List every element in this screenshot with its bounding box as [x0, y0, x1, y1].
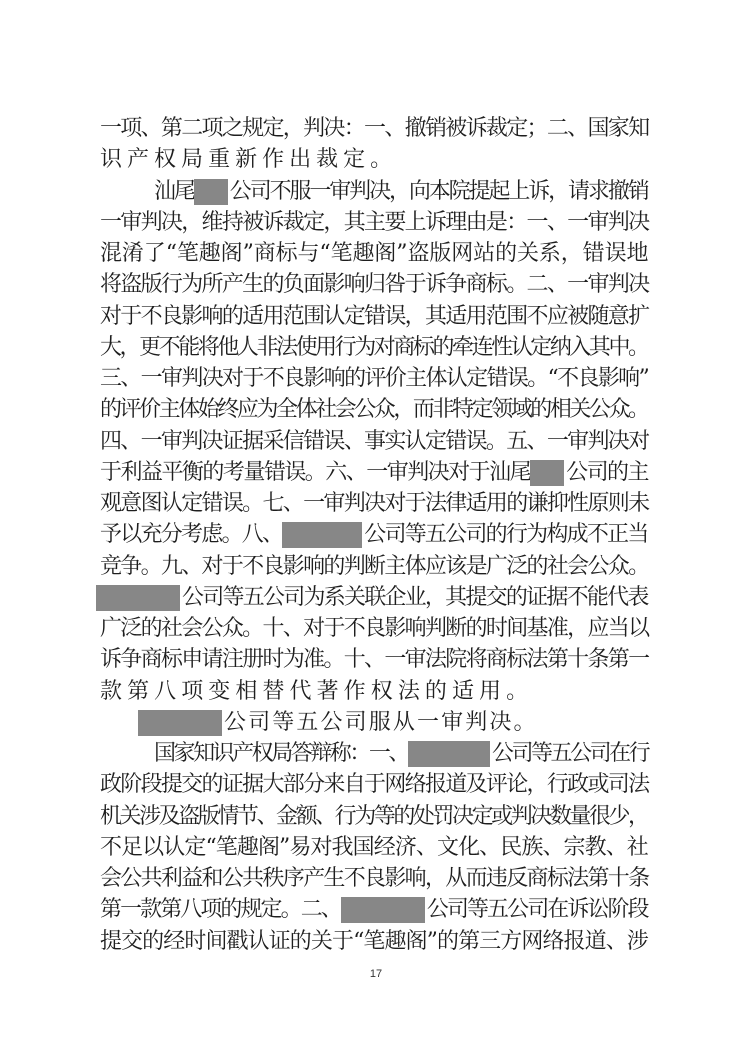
paragraph-line: 机关涉及盗版情节、金额、行为等的处罚决定或判决数量很少， [100, 803, 650, 831]
text-segment: 一项、第二项之规定，判决：一、撤销被诉裁定；二、国家知 [100, 115, 648, 143]
text-segment: 国家知识产权局答辩称：一、 [154, 740, 408, 768]
text-segment: 混淆了“笔趣阁”商标与“笔趣阁”盗版网站的关系，错误地 [100, 240, 648, 268]
text-segment: 大，更不能将他人非法使用行为对商标的牵连性认定纳入其中。 [100, 334, 648, 362]
paragraph-line: 提交的经时间戳认证的关于“笔趣阁”的第三方网络报道、涉 [100, 928, 650, 956]
paragraph-line: 广泛的社会公众。十、对于不良影响判断的时间基准，应当以 [100, 615, 650, 643]
text-segment: 一审判决，维持被诉裁定，其主要上诉理由是：一、一审判决 [100, 209, 648, 237]
paragraph-line: 诉争商标申请注册时为准。十、一审法院将商标法第十条第一 [100, 646, 650, 674]
text-segment: 政阶段提交的证据大部分来自于网络报道及评论，行政或司法 [100, 771, 648, 799]
text-segment: 对于不良影响的适用范围认定错误，其适用范围不应被随意扩 [100, 303, 648, 331]
redaction-box [194, 179, 228, 205]
text-segment: 公司等五公司的行为构成不正当 [364, 521, 647, 549]
paragraph-line: 款第八项变相替代著作权法的适用。 [100, 678, 650, 706]
text-segment: 三、一审判决对于不良影响的评价主体认定错误。“不良影响” [100, 365, 648, 393]
paragraph-line: 混淆了“笔趣阁”商标与“笔趣阁”盗版网站的关系，错误地 [100, 240, 650, 268]
paragraph-line: 四、一审判决证据采信错误、事实认定错误。五、一审判决对 [100, 428, 650, 456]
paragraph-line: 一审判决，维持被诉裁定，其主要上诉理由是：一、一审判决 [100, 209, 650, 237]
text-segment: 第一款第八项的规定。二、 [100, 896, 341, 924]
paragraph-line: 识产权局重新作出裁定。 [100, 146, 650, 174]
paragraph-line: 大，更不能将他人非法使用行为对商标的牵连性认定纳入其中。 [100, 334, 650, 362]
text-segment: 提交的经时间戳认证的关于“笔趣阁”的第三方网络报道、涉 [100, 928, 648, 956]
redaction-box [530, 460, 564, 486]
text-segment: 将盗版行为所产生的负面影响归咎于诉争商标。二、一审判决 [100, 271, 648, 299]
paragraph-line: 观意图认定错误。七、一审判决对于法律适用的谦抑性原则未 [100, 490, 650, 518]
paragraph-line: 将盗版行为所产生的负面影响归咎于诉争商标。二、一审判决 [100, 271, 650, 299]
text-segment: 汕尾 [154, 178, 194, 206]
paragraph-line: 竞争。九、对于不良影响的判断主体应该是广泛的社会公众。 [100, 553, 650, 581]
text-segment: 四、一审判决证据采信错误、事实认定错误。五、一审判决对 [100, 428, 648, 456]
text-segment: 会公共利益和公共秩序产生不良影响，从而违反商标法第十条 [100, 865, 648, 893]
paragraph-line: 不足以认定“笔趣阁”易对我国经济、文化、民族、宗教、社 [100, 834, 650, 862]
text-segment: 竞争。九、对于不良影响的判断主体应该是广泛的社会公众。 [100, 553, 648, 581]
text-segment: 公司等五公司为系关联企业，其提交的证据不能代表 [182, 584, 648, 612]
redaction-box [408, 741, 490, 767]
text-segment: 识产权局重新作出裁定。 [100, 146, 397, 174]
text-segment: 不足以认定“笔趣阁”易对我国经济、文化、民族、宗教、社 [100, 834, 648, 862]
text-segment: 予以充分考虑。八、 [100, 521, 282, 549]
paragraph-line: 公司等五公司服从一审判决。 [138, 709, 688, 737]
text-segment: 的评价主体始终应为全体社会公众，而非特定领域的相关公众。 [100, 396, 648, 424]
text-segment: 公司等五公司服从一审判决。 [224, 709, 538, 737]
text-segment: 款第八项变相替代著作权法的适用。 [100, 678, 533, 706]
paragraph-line: 会公共利益和公共秩序产生不良影响，从而违反商标法第十条 [100, 865, 650, 893]
text-segment: 公司的主 [566, 459, 648, 487]
document-page: 一项、第二项之规定，判决：一、撤销被诉裁定；二、国家知识产权局重新作出裁定。汕尾… [0, 0, 750, 1061]
text-segment: 广泛的社会公众。十、对于不良影响判断的时间基准，应当以 [100, 615, 648, 643]
paragraph-line: 第一款第八项的规定。二、公司等五公司在诉讼阶段 [100, 896, 650, 924]
paragraph-line: 公司等五公司为系关联企业，其提交的证据不能代表 [96, 584, 646, 612]
redaction-box [96, 585, 180, 611]
paragraph-line: 一项、第二项之规定，判决：一、撤销被诉裁定；二、国家知 [100, 115, 650, 143]
redaction-box [282, 522, 362, 548]
text-segment: 公司不服一审判决，向本院提起上诉，请求撤销 [230, 178, 648, 206]
paragraph-line: 对于不良影响的适用范围认定错误，其适用范围不应被随意扩 [100, 303, 650, 331]
page-number: 17 [366, 968, 386, 980]
paragraph-line: 于利益平衡的考量错误。六、一审判决对于汕尾公司的主 [100, 459, 650, 487]
text-segment: 观意图认定错误。七、一审判决对于法律适用的谦抑性原则未 [100, 490, 648, 518]
text-segment: 于利益平衡的考量错误。六、一审判决对于汕尾 [100, 459, 530, 487]
redaction-box [341, 897, 425, 923]
paragraph-line: 政阶段提交的证据大部分来自于网络报道及评论，行政或司法 [100, 771, 650, 799]
redaction-box [138, 710, 222, 736]
paragraph-line: 汕尾公司不服一审判决，向本院提起上诉，请求撤销 [154, 178, 704, 206]
paragraph-line: 国家知识产权局答辩称：一、公司等五公司在行 [154, 740, 704, 768]
paragraph-line: 三、一审判决对于不良影响的评价主体认定错误。“不良影响” [100, 365, 650, 393]
paragraph-line: 予以充分考虑。八、公司等五公司的行为构成不正当 [100, 521, 650, 549]
text-segment: 诉争商标申请注册时为准。十、一审法院将商标法第十条第一 [100, 646, 648, 674]
text-segment: 机关涉及盗版情节、金额、行为等的处罚决定或判决数量很少， [100, 803, 648, 831]
text-segment: 公司等五公司在诉讼阶段 [427, 896, 648, 924]
paragraph-line: 的评价主体始终应为全体社会公众，而非特定领域的相关公众。 [100, 396, 650, 424]
text-segment: 公司等五公司在行 [492, 740, 648, 768]
